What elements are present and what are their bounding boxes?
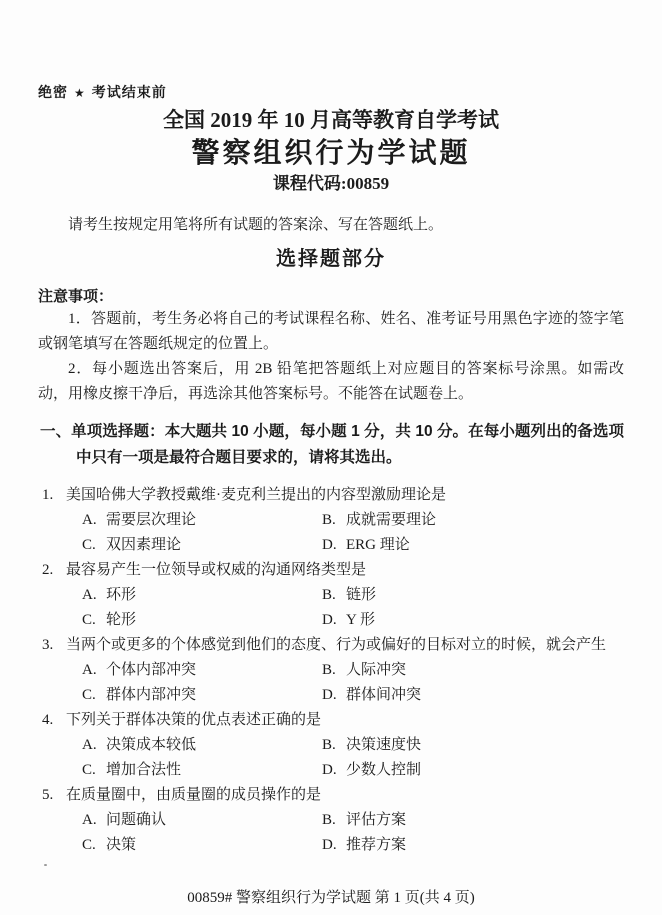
option-text: 评估方案 — [346, 812, 406, 828]
option-c: C.增加合法性 — [82, 758, 322, 783]
option-key: A. — [82, 508, 106, 533]
option-key: C. — [82, 758, 106, 783]
option-key: C. — [82, 683, 106, 708]
option-key: A. — [82, 583, 106, 608]
option-text: 需要层次理论 — [106, 512, 196, 528]
question-stem: 1.美国哈佛大学教授戴维·麦克利兰提出的内容型激励理论是 — [42, 483, 624, 508]
option-key: B. — [322, 658, 346, 683]
option-b: B.评估方案 — [322, 808, 624, 833]
option-a: A.问题确认 — [82, 808, 322, 833]
option-key: A. — [82, 658, 106, 683]
option-text: 群体内部冲突 — [106, 687, 196, 703]
option-d: D.少数人控制 — [322, 758, 624, 783]
question-text: 下列关于群体决策的优点表述正确的是 — [66, 712, 321, 728]
question-stem: 5.在质量圈中，由质量圈的成员操作的是 — [42, 783, 624, 808]
question-text: 最容易产生一位领导或权威的沟通网络类型是 — [66, 562, 366, 578]
option-a: A.决策成本较低 — [82, 733, 322, 758]
question-list: 1.美国哈佛大学教授戴维·麦克利兰提出的内容型激励理论是 A.需要层次理论 B.… — [38, 483, 624, 858]
option-key: D. — [322, 758, 346, 783]
option-d: D.ERG 理论 — [322, 533, 624, 558]
question-1: 1.美国哈佛大学教授戴维·麦克利兰提出的内容型激励理论是 A.需要层次理论 B.… — [38, 483, 624, 558]
option-text: 双因素理论 — [106, 537, 181, 553]
question-number: 1. — [42, 483, 66, 508]
option-c: C.决策 — [82, 833, 322, 858]
option-c: C.轮形 — [82, 608, 322, 633]
option-text: 决策 — [106, 837, 136, 853]
question-options: A.环形 B.链形 C.轮形 D.Y 形 — [82, 583, 624, 633]
option-text: 少数人控制 — [346, 762, 421, 778]
question-number: 4. — [42, 708, 66, 733]
option-b: B.成就需要理论 — [322, 508, 624, 533]
question-number: 2. — [42, 558, 66, 583]
option-text: ERG 理论 — [346, 537, 410, 553]
question-options: A.决策成本较低 B.决策速度快 C.增加合法性 D.少数人控制 — [82, 733, 624, 783]
option-key: D. — [322, 833, 346, 858]
question-stem: 3.当两个或更多的个体感觉到他们的态度、行为或偏好的目标对立的时候，就会产生 — [42, 633, 624, 658]
question-text: 美国哈佛大学教授戴维·麦克利兰提出的内容型激励理论是 — [66, 487, 446, 503]
option-key: B. — [322, 508, 346, 533]
question-number: 3. — [42, 633, 66, 658]
question-stem: 4.下列关于群体决策的优点表述正确的是 — [42, 708, 624, 733]
option-text: 增加合法性 — [106, 762, 181, 778]
option-text: 轮形 — [106, 612, 136, 628]
option-d: D.群体间冲突 — [322, 683, 624, 708]
option-key: A. — [82, 808, 106, 833]
question-text: 当两个或更多的个体感觉到他们的态度、行为或偏好的目标对立的时候，就会产生 — [66, 637, 606, 653]
option-b: B.链形 — [322, 583, 624, 608]
option-text: 环形 — [106, 587, 136, 603]
question-stem: 2.最容易产生一位领导或权威的沟通网络类型是 — [42, 558, 624, 583]
option-key: D. — [322, 683, 346, 708]
question-number: 5. — [42, 783, 66, 808]
option-a: A.需要层次理论 — [82, 508, 322, 533]
option-key: D. — [322, 608, 346, 633]
option-d: D.Y 形 — [322, 608, 624, 633]
course-code: 课程代码:00859 — [0, 174, 662, 194]
option-d: D.推荐方案 — [322, 833, 624, 858]
option-text: 群体间冲突 — [346, 687, 421, 703]
option-c: C.双因素理论 — [82, 533, 322, 558]
option-c: C.群体内部冲突 — [82, 683, 322, 708]
star-icon: ★ — [74, 86, 86, 100]
option-key: B. — [322, 583, 346, 608]
option-text: 人际冲突 — [346, 662, 406, 678]
option-key: B. — [322, 733, 346, 758]
option-key: C. — [82, 533, 106, 558]
option-key: C. — [82, 833, 106, 858]
notice-item-1: 1．答题前，考生务必将自己的考试课程名称、姓名、准考证号用黑色字迹的签字笔或钢笔… — [38, 307, 624, 357]
notice-label: 注意事项： — [38, 287, 624, 307]
classification-suffix: 考试结束前 — [92, 84, 167, 100]
question-4: 4.下列关于群体决策的优点表述正确的是 A.决策成本较低 B.决策速度快 C.增… — [38, 708, 624, 783]
notice-item-2: 2．每小题选出答案后，用 2B 铅笔把答题纸上对应题目的答案标号涂黑。如需改动，… — [38, 357, 624, 407]
option-key: B. — [322, 808, 346, 833]
option-text: 推荐方案 — [346, 837, 406, 853]
section-one-heading: 一、单项选择题：本大题共 10 小题，每小题 1 分，共 10 分。在每小题列出… — [40, 419, 624, 471]
option-a: A.个体内部冲突 — [82, 658, 322, 683]
page-footer: 00859# 警察组织行为学试题 第 1 页(共 4 页) — [0, 888, 662, 908]
classification-banner: 绝密★考试结束前 — [38, 84, 624, 101]
option-b: B.决策速度快 — [322, 733, 624, 758]
question-3: 3.当两个或更多的个体感觉到他们的态度、行为或偏好的目标对立的时候，就会产生 A… — [38, 633, 624, 708]
option-a: A.环形 — [82, 583, 322, 608]
question-options: A.问题确认 B.评估方案 C.决策 D.推荐方案 — [82, 808, 624, 858]
option-text: 链形 — [346, 587, 376, 603]
exam-session-title: 全国 2019 年 10 月高等教育自学考试 — [0, 107, 662, 133]
option-text: 问题确认 — [106, 812, 166, 828]
question-options: A.个体内部冲突 B.人际冲突 C.群体内部冲突 D.群体间冲突 — [82, 658, 624, 708]
question-2: 2.最容易产生一位领导或权威的沟通网络类型是 A.环形 B.链形 C.轮形 D.… — [38, 558, 624, 633]
question-options: A.需要层次理论 B.成就需要理论 C.双因素理论 D.ERG 理论 — [82, 508, 624, 558]
general-instruction: 请考生按规定用笔将所有试题的答案涂、写在答题纸上。 — [38, 215, 624, 235]
scan-speck — [44, 864, 47, 866]
exam-subject-title: 警察组织行为学试题 — [0, 136, 662, 170]
option-key: A. — [82, 733, 106, 758]
exam-paper-page: 绝密★考试结束前 全国 2019 年 10 月高等教育自学考试 警察组织行为学试… — [0, 0, 662, 915]
option-text: 决策速度快 — [346, 737, 421, 753]
option-text: Y 形 — [346, 612, 375, 628]
question-5: 5.在质量圈中，由质量圈的成员操作的是 A.问题确认 B.评估方案 C.决策 D… — [38, 783, 624, 858]
question-text: 在质量圈中，由质量圈的成员操作的是 — [66, 787, 321, 803]
option-key: C. — [82, 608, 106, 633]
option-b: B.人际冲突 — [322, 658, 624, 683]
part-title: 选择题部分 — [0, 245, 662, 273]
option-key: D. — [322, 533, 346, 558]
option-text: 成就需要理论 — [346, 512, 436, 528]
option-text: 决策成本较低 — [106, 737, 196, 753]
option-text: 个体内部冲突 — [106, 662, 196, 678]
classification-prefix: 绝密 — [38, 84, 68, 100]
